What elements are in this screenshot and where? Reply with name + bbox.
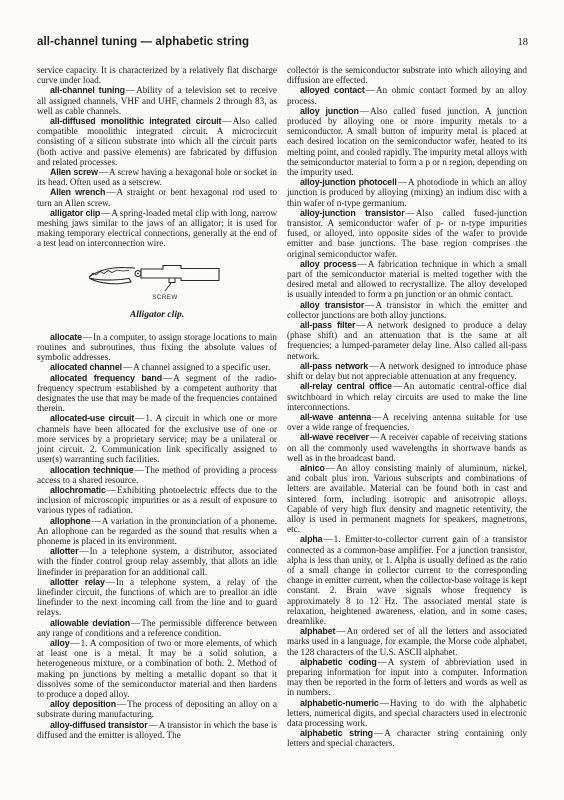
entry-term: alloy junction [300, 106, 359, 116]
entry-separator: — [365, 85, 376, 95]
entry-term: allotter relay [50, 577, 105, 587]
dictionary-entry: alphabetic string—A character string con… [287, 728, 527, 748]
entry-term: alphabetic string [300, 728, 373, 738]
entry-separator: — [325, 463, 336, 473]
figure-caption: Alligator clip. [37, 310, 277, 320]
entry-term: alphabet [300, 626, 335, 636]
entry-term: allophone [50, 516, 91, 526]
entry-separator: — [377, 657, 388, 667]
dictionary-entry: allocated channel—A channel assigned to … [37, 362, 277, 372]
entry-term: alloy transistor [300, 300, 364, 310]
entry-separator: — [392, 381, 403, 391]
entry-separator: — [335, 626, 346, 636]
entry-term: all-wave receiver [300, 432, 369, 442]
entry-separator: — [357, 259, 368, 269]
entry-term: alloy-diffused transistor [50, 720, 148, 730]
entry-separator: — [134, 413, 145, 423]
dictionary-entry: service capacity. It is characterized by… [37, 65, 277, 85]
entry-separator: — [322, 534, 333, 544]
dictionary-entry: all-channel tuning—Ability of a televisi… [37, 85, 277, 116]
entry-separator: — [98, 167, 109, 177]
dictionary-entry: alphabetic-numeric—Having to do with the… [287, 698, 527, 729]
dictionary-entry: all-pass filter—A network designed to pr… [287, 320, 527, 361]
entry-separator: — [100, 208, 111, 218]
dictionary-entry: alloy-diffused transistor—A transistor i… [37, 720, 277, 740]
entry-term: all-relay central office [300, 381, 392, 391]
dictionary-entry: allotter—In a telephone system, a distri… [37, 546, 277, 577]
entry-separator: — [405, 208, 416, 218]
entry-separator: — [105, 577, 116, 587]
dictionary-entry: Allen screw—A screw having a hexagonal h… [37, 167, 277, 187]
dictionary-page: all-channel tuning — alphabetic string 1… [0, 0, 564, 800]
entry-separator: — [373, 728, 384, 738]
entry-definition: A channel assigned to a specific user. [133, 362, 270, 372]
entry-term: allocation technique [50, 465, 134, 475]
entry-separator: — [162, 373, 173, 383]
entry-separator: — [69, 638, 80, 648]
entry-term: allocated-use circuit [50, 413, 134, 423]
entry-separator: — [125, 85, 136, 95]
entry-term: all-wave antenna [300, 412, 371, 422]
entry-definition: Also called fused junction. A junction p… [287, 106, 527, 177]
entry-separator: — [221, 116, 232, 126]
entry-term: alphabetic coding [300, 657, 377, 667]
entry-separator: — [106, 485, 117, 495]
entry-term: allotter [50, 546, 78, 556]
dictionary-entry: alloyed contact—An ohmic contact formed … [287, 85, 527, 105]
dictionary-entry: alloy-junction photocell—A photodiode in… [287, 177, 527, 208]
entry-term: alpha [300, 534, 322, 544]
entry-separator: — [379, 698, 390, 708]
dictionary-entry: Allen wrench—A straight or bent hexagona… [37, 187, 277, 207]
dictionary-entry: alloy-junction transistor—Also called fu… [287, 208, 527, 259]
entry-term: alloy process [300, 259, 357, 269]
left-column: service capacity. It is characterized by… [37, 65, 277, 749]
dictionary-entry: alloy deposition—The process of depositi… [37, 699, 277, 719]
entry-term: all-channel tuning [50, 85, 125, 95]
dictionary-entry: allocate—In a computer, to assign storag… [37, 332, 277, 363]
dictionary-entry: allocation technique—The method of provi… [37, 465, 277, 485]
entry-term: allocated frequency band [50, 373, 162, 383]
entry-separator: — [82, 332, 93, 342]
alligator-clip-illustration: SCREW [77, 259, 237, 303]
dictionary-entry: all-pass network—A network designed to i… [287, 361, 527, 381]
figure-alligator-clip: SCREW Alligator clip. [37, 259, 277, 320]
entry-separator: — [355, 320, 366, 330]
dictionary-entry: alloy—1. A composition of two or more el… [37, 638, 277, 699]
page-number: 18 [518, 37, 529, 48]
entry-separator: — [368, 361, 379, 371]
entry-term: alligator clip [50, 208, 100, 218]
entry-term: allocate [50, 332, 82, 342]
dictionary-entry: alloy process—A fabrication technique in… [287, 259, 527, 300]
entry-separator: — [371, 412, 382, 422]
entry-term: allowable deviation [50, 618, 130, 628]
dictionary-entry: alnico—An alloy consisting mainly of alu… [287, 463, 527, 534]
figure-screw-label: SCREW [152, 294, 177, 301]
entry-term: alloy deposition [50, 699, 116, 709]
entry-separator: — [369, 432, 380, 442]
dictionary-entry: alloy junction—Also called fused junctio… [287, 106, 527, 177]
entry-term: alloy-junction transistor [300, 208, 405, 218]
dictionary-entry: allochromatic—Exhibiting photoelectric e… [37, 485, 277, 516]
dictionary-entry: allocated frequency band—A segment of th… [37, 373, 277, 414]
entry-term: alloyed contact [300, 85, 365, 95]
entry-separator: — [105, 187, 116, 197]
entry-term: alloy [50, 638, 69, 648]
entry-term: allochromatic [50, 485, 106, 495]
dictionary-entry: all-wave receiver—A receiver capable of … [287, 432, 527, 463]
entry-separator: — [130, 618, 141, 628]
page-title: all-channel tuning — alphabetic string [37, 36, 249, 48]
entry-separator: — [134, 465, 145, 475]
dictionary-entry: alphabetic coding—A system of abbreviati… [287, 657, 527, 698]
entry-definition: An alloy consisting mainly of aluminum, … [287, 463, 527, 534]
dictionary-entry: alpha—1. Emitter-to-collector current ga… [287, 534, 527, 626]
entry-separator: — [116, 699, 127, 709]
entry-term: all-pass network [300, 361, 368, 371]
entry-separator: — [364, 300, 375, 310]
dictionary-entry: allotter relay—In a telephone system, a … [37, 577, 277, 618]
entry-term: allocated channel [50, 362, 122, 372]
dictionary-entry: allowable deviation—The permissible diff… [37, 618, 277, 638]
entry-term: alphabetic-numeric [300, 698, 379, 708]
right-column: collector is the semiconductor substrate… [287, 65, 527, 749]
entry-term: all-pass filter [300, 320, 355, 330]
dictionary-entry: all-wave antenna—A receiving antenna sui… [287, 412, 527, 432]
text-columns: service capacity. It is characterized by… [37, 65, 528, 749]
dictionary-entry: allophone—A variation in the pronunciati… [37, 516, 277, 547]
entry-term: Allen wrench [50, 187, 105, 197]
dictionary-entry: all-relay central office—An automatic ce… [287, 381, 527, 412]
entry-definition: 1. Emitter-to-collector current gain of … [287, 534, 527, 626]
entry-separator: — [359, 106, 370, 116]
entry-term: alnico [300, 463, 325, 473]
dictionary-entry: all-diffused monolithic integrated circu… [37, 116, 277, 167]
running-head: all-channel tuning — alphabetic string 1… [37, 36, 528, 48]
entry-separator: — [78, 546, 89, 556]
entry-separator: — [397, 177, 408, 187]
entry-separator: — [122, 362, 133, 372]
entry-separator: — [91, 516, 102, 526]
dictionary-entry: alligator clip—A spring-loaded metal cli… [37, 208, 277, 249]
dictionary-entry: alloy transistor—A transistor in which t… [287, 300, 527, 320]
dictionary-entry: collector is the semiconductor substrate… [287, 65, 527, 85]
entry-term: all-diffused monolithic integrated circu… [50, 116, 221, 126]
entry-term: Allen screw [50, 167, 98, 177]
dictionary-entry: allocated-use circuit—1. A circuit in wh… [37, 413, 277, 464]
entry-term: alloy-junction photocell [300, 177, 397, 187]
entry-separator: — [148, 720, 159, 730]
dictionary-entry: alphabet—An ordered set of all the lette… [287, 626, 527, 657]
